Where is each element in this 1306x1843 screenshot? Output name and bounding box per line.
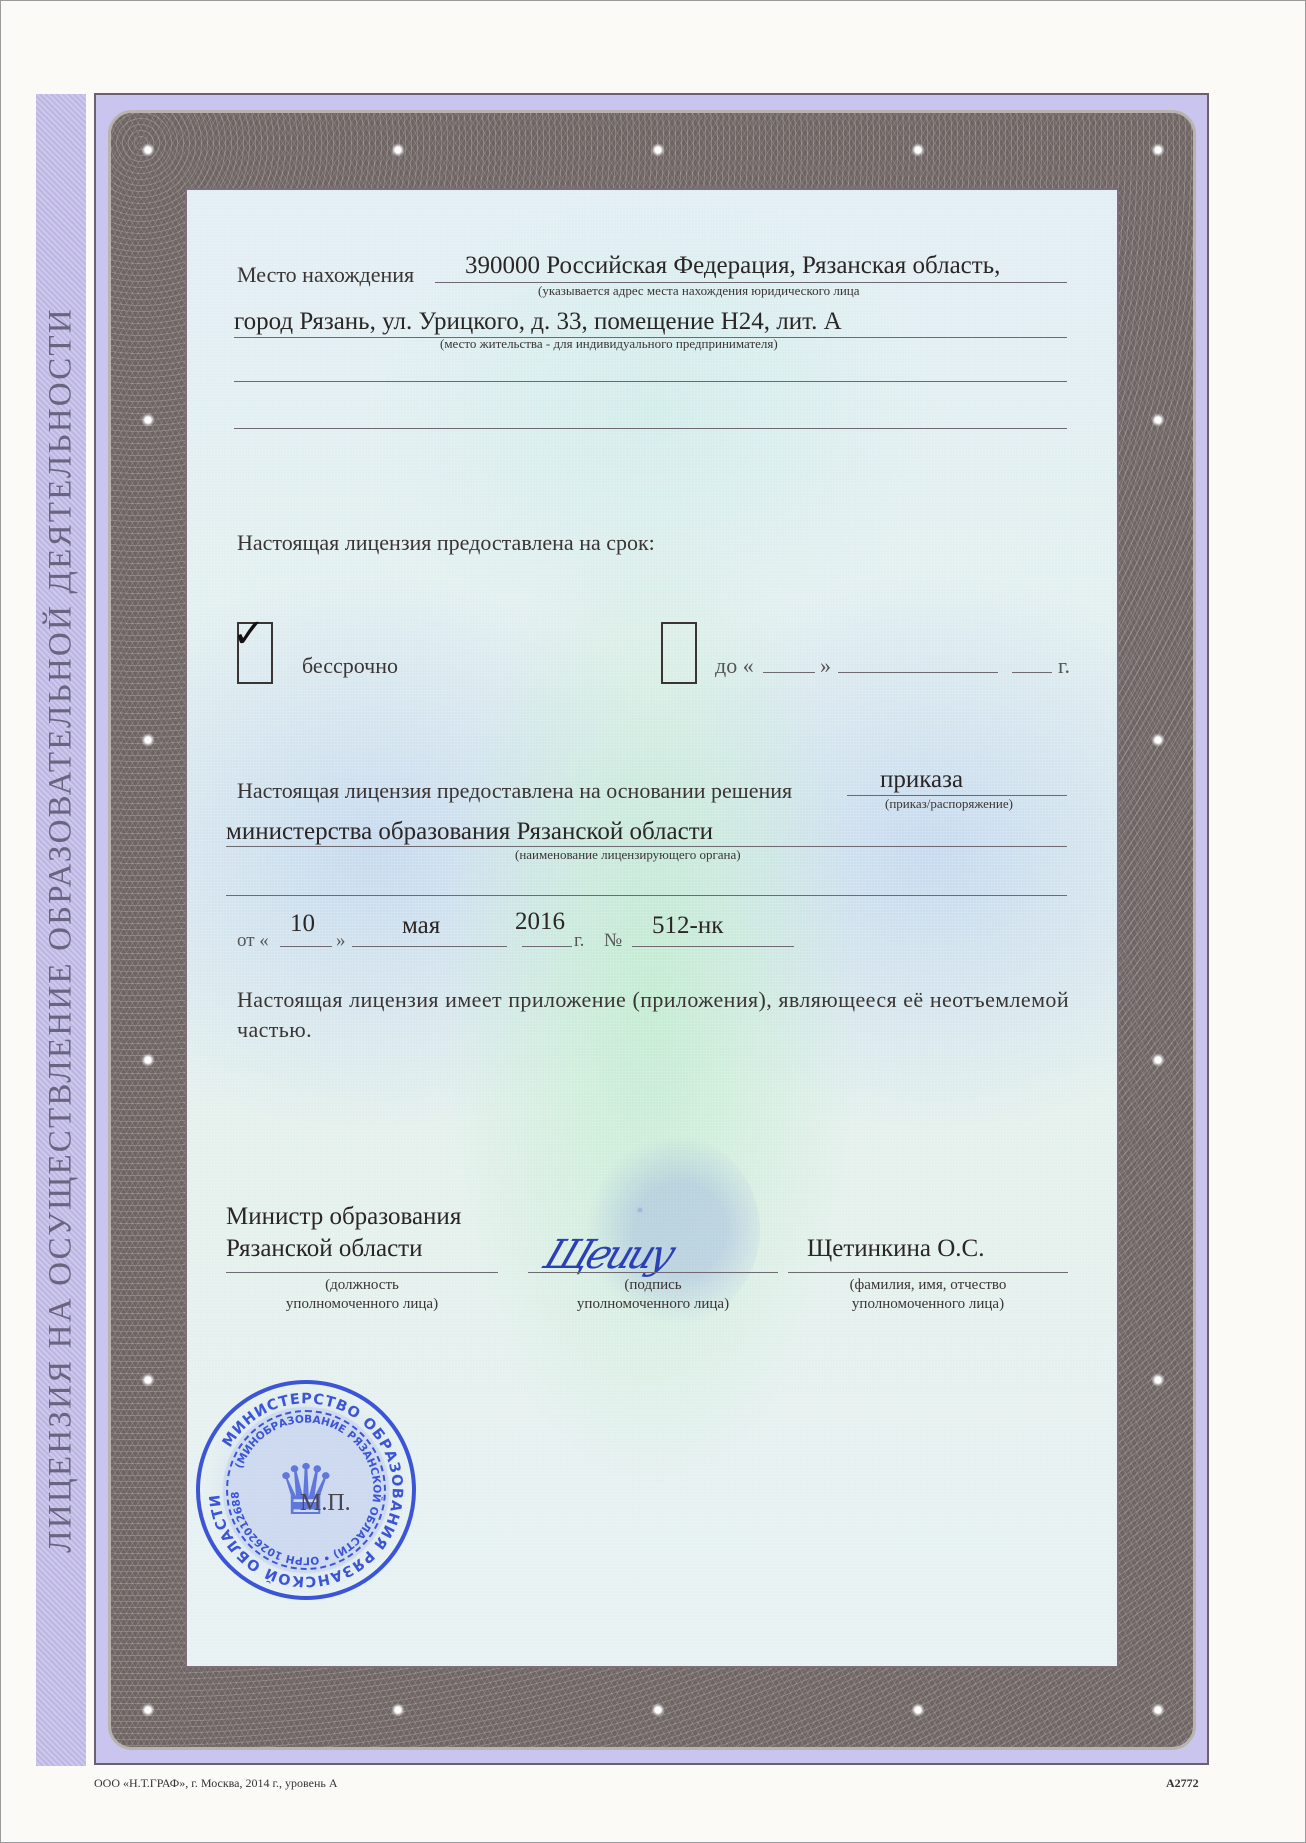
location-address-line1: 390000 Российская Федерация, Рязанская о… (465, 252, 1000, 280)
ornament-star-icon (141, 733, 155, 747)
ornament-star-icon (1151, 1053, 1165, 1067)
location-label: Место нахождения (237, 262, 414, 288)
month-underline (352, 946, 507, 947)
ornament-star-icon (651, 143, 665, 157)
position-caption-line2: уполномоченного лица) (226, 1295, 498, 1314)
ornament-star-icon (911, 143, 925, 157)
location-underline-3 (234, 381, 1067, 382)
ornament-star-icon (1151, 413, 1165, 427)
basis-text: Настоящая лицензия предоставлена на осно… (237, 778, 792, 804)
name-caption-line2: уполномоченного лица) (788, 1295, 1068, 1314)
licensing-authority: министерства образования Рязанской облас… (226, 818, 713, 846)
seal-place-label: М.П. (300, 1490, 351, 1517)
printer-info: ООО «Н.Т.ГРАФ», г. Москва, 2014 г., уров… (94, 1776, 338, 1791)
year-underline (522, 946, 572, 947)
signature-caption-line1: (подпись (528, 1276, 778, 1295)
until-quote-close: » (820, 653, 831, 679)
decision-month: мая (402, 912, 440, 940)
checkmark-icon: ✓ (232, 614, 266, 654)
day-underline (280, 946, 332, 947)
authority-underline-2 (226, 895, 1067, 896)
position-caption: (должность уполномоченного лица) (226, 1276, 498, 1314)
ornament-star-icon (141, 143, 155, 157)
location-caption-1: (указывается адрес места нахождения юрид… (538, 283, 860, 299)
location-underline-4 (234, 428, 1067, 429)
ornament-star-icon (651, 1703, 665, 1717)
appendix-note: Настоящая лицензия имеет приложение (при… (237, 985, 1069, 1045)
name-caption: (фамилия, имя, отчество уполномоченного … (788, 1276, 1068, 1314)
number-underline (632, 946, 794, 947)
signature-caption-line2: уполномоченного лица) (528, 1295, 778, 1314)
until-year-field[interactable] (1012, 672, 1052, 673)
position-caption-line1: (должность (226, 1276, 498, 1295)
until-year-suffix: г. (1058, 653, 1070, 679)
ornament-star-icon (141, 413, 155, 427)
decision-year: 2016 (515, 908, 565, 936)
signatory-position-line2: Рязанской области (226, 1235, 422, 1263)
ornament-star-icon (141, 1373, 155, 1387)
name-caption-line1: (фамилия, имя, отчество (788, 1276, 1068, 1295)
ornament-star-icon (1151, 143, 1165, 157)
location-caption-2: (место жительства - для индивидуального … (440, 336, 778, 352)
number-sign: № (604, 930, 622, 952)
decision-number: 512-нк (652, 912, 723, 940)
authority-caption: (наименование лицензирующего органа) (515, 847, 741, 863)
date-quote-close: » (336, 930, 346, 952)
signatory-position-line1: Министр образования (226, 1203, 461, 1231)
document-side-title: ЛИЦЕНЗИЯ НА ОСУЩЕСТВЛЕНИЕ ОБРАЗОВАТЕЛЬНО… (43, 307, 80, 1553)
ornament-star-icon (141, 1053, 155, 1067)
name-underline (788, 1272, 1068, 1273)
ornament-star-icon (911, 1703, 925, 1717)
until-date-checkbox[interactable] (661, 622, 697, 684)
ornament-star-icon (391, 1703, 405, 1717)
ornament-star-icon (1151, 1373, 1165, 1387)
until-day-field[interactable] (763, 672, 815, 673)
form-code: А2772 (1166, 1776, 1199, 1791)
location-address-line2: город Рязань, ул. Урицкого, д. 33, помещ… (234, 308, 842, 336)
ornament-star-icon (141, 1703, 155, 1717)
indefinite-label: бессрочно (302, 653, 398, 679)
term-heading: Настоящая лицензия предоставлена на срок… (237, 530, 655, 556)
signatory-name: Щетинкина О.С. (807, 1235, 984, 1263)
decision-type: приказа (880, 766, 963, 794)
until-prefix: до « (715, 653, 754, 679)
ornament-star-icon (391, 143, 405, 157)
position-underline (226, 1272, 498, 1273)
until-month-field[interactable] (838, 672, 998, 673)
ornament-star-icon (1151, 733, 1165, 747)
decision-day: 10 (290, 910, 315, 938)
signature-underline (528, 1272, 778, 1273)
signature-caption: (подпись уполномоченного лица) (528, 1276, 778, 1314)
ornament-star-icon (1151, 1703, 1165, 1717)
year-suffix: г. (574, 930, 584, 952)
decision-type-caption: (приказ/распоряжение) (885, 796, 1013, 812)
date-prefix: от « (237, 930, 269, 952)
